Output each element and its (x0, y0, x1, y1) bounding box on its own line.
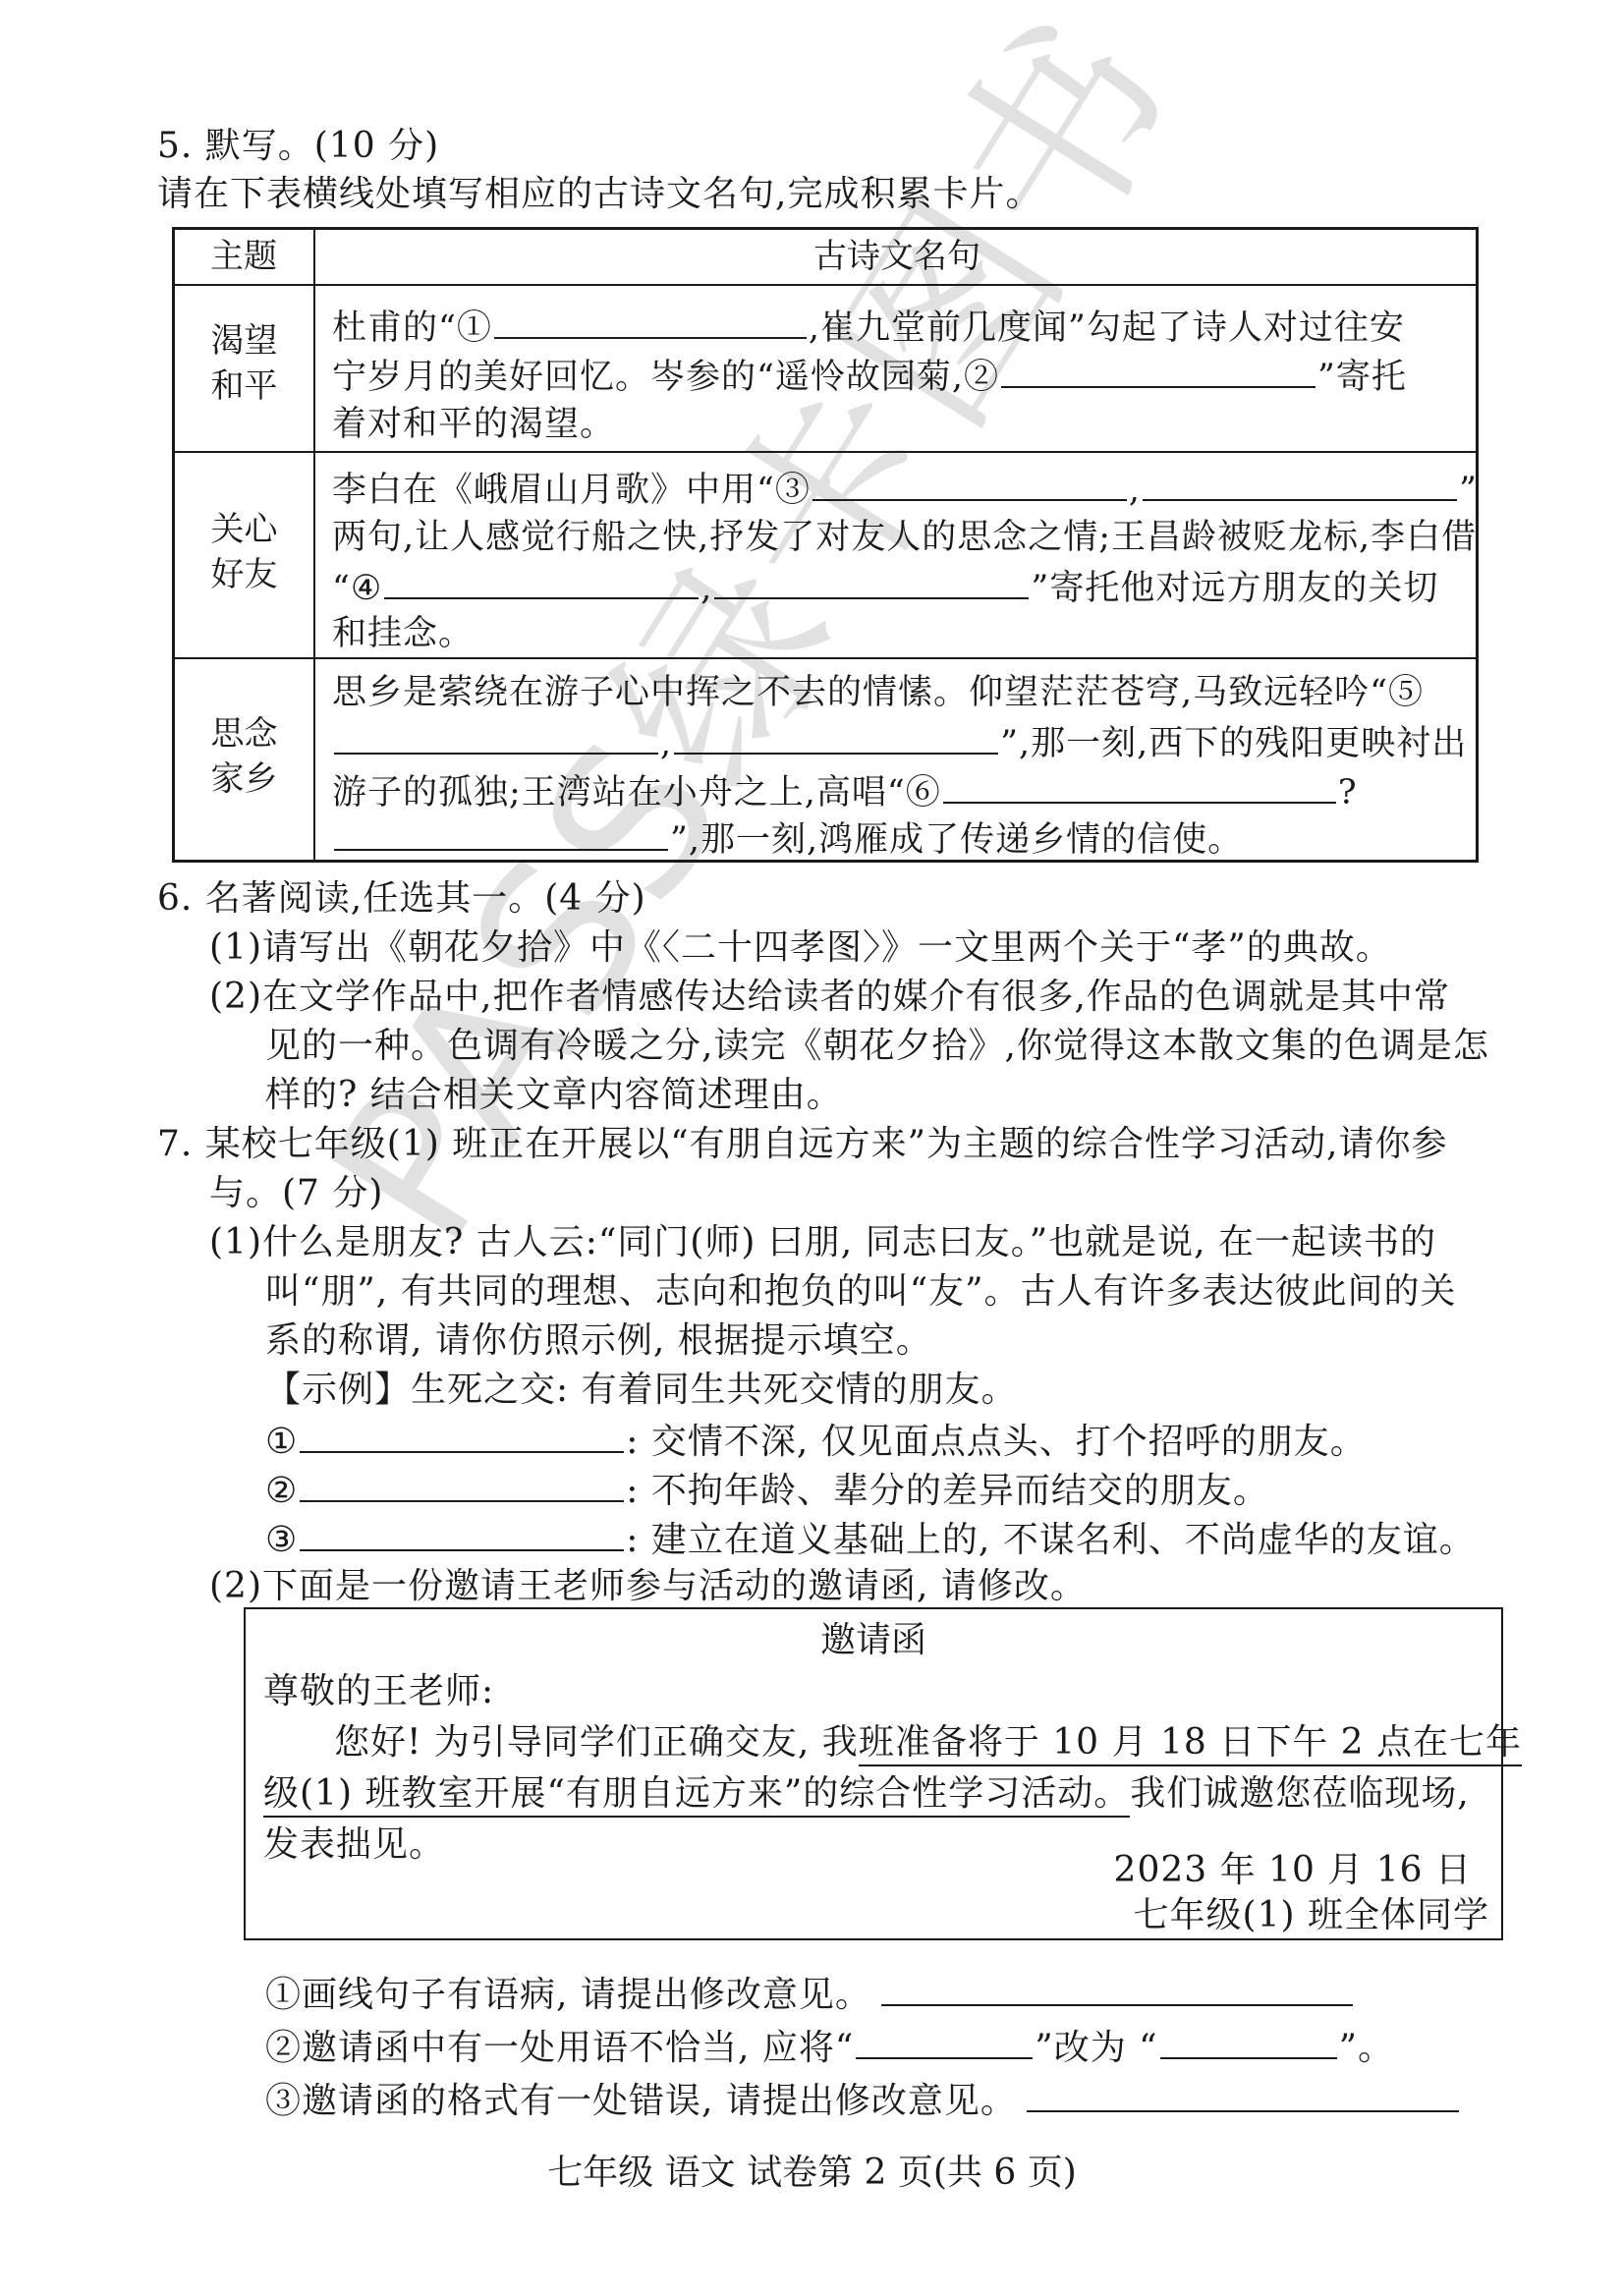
q7-example: 【示例】生死之交: 有着同生共死交情的朋友。 (265, 1369, 1018, 1412)
q6-title: 6. 名著阅读,任选其一。(4 分) (157, 877, 646, 921)
q7-title-cont: 与。(7 分) (209, 1172, 383, 1215)
q7-title: 7. 某校七年级(1) 班正在开展以“有朋自远方来”为主题的综合性学习活动,请你… (157, 1123, 1447, 1166)
answer-blank-6b[interactable] (334, 815, 668, 851)
answer-blank-sub1[interactable] (881, 1971, 1353, 2006)
invitation-letter-box: 邀请函 尊敬的王老师: 您好! 为引导同学们正确交友, 我班准备将于 10 月 … (244, 1607, 1503, 1940)
fill-blank-3[interactable] (300, 1516, 624, 1551)
invitation-signature: 七年级(1) 班全体同学 (1134, 1894, 1489, 1937)
table-cell-line: 两句,让人感觉行船之快,抒发了对友人的思念之情;王昌龄被贬龙标,李白借 (332, 515, 1477, 560)
invitation-heading: 邀请函 (246, 1619, 1501, 1662)
header-theme: 主题 (210, 234, 277, 279)
answer-blank-5a[interactable] (334, 719, 658, 755)
sub-question-2: ②邀请函中有一处用语不恰当, 应将“”改为 “”。 (265, 2024, 1394, 2070)
q6-item-2-cont: 见的一种。色调有冷暖之分,读完《朝花夕拾》,你觉得这本散文集的色调是怎 (265, 1025, 1489, 1068)
page-footer: 七年级 语文 试卷第 2 页(共 6 页) (0, 2145, 1624, 2195)
q6-item-2: (2)在文学作品中,把作者情感传达给读者的媒介有很多,作品的色调就是其中常 (209, 976, 1450, 1019)
invitation-date: 2023 年 10 月 16 日 (1114, 1849, 1472, 1892)
q7-part2: (2)下面是一份邀请王老师参与活动的邀请函, 请修改。 (209, 1565, 1087, 1608)
fill-item-2: ②: 不拘年龄、辈分的差异而结交的朋友。 (265, 1467, 1269, 1513)
answer-blank-sub2a[interactable] (856, 2024, 1033, 2059)
invitation-body-line: 您好! 为引导同学们正确交友, 我班准备将于 10 月 18 日下午 2 点在七… (334, 1721, 1522, 1764)
theme-cell: 思念 家乡 (175, 711, 313, 802)
theme-cell: 渴望 和平 (175, 318, 313, 409)
table-cell-line: 杜甫的“①,崔九堂前几度闻”勾起了诗人对过往安 (332, 304, 1405, 351)
answer-blank-5b[interactable] (674, 719, 998, 755)
sub-question-1: ①画线句子有语病, 请提出修改意见。 (265, 1971, 1355, 2017)
theme-cell: 关心 好友 (175, 507, 313, 597)
table-cell-line: 和挂念。 (332, 611, 474, 656)
table-cell-line: “④,”寄托他对远方朋友的关切 (332, 564, 1438, 611)
fill-blank-2[interactable] (300, 1467, 624, 1502)
answer-blank-3b[interactable] (1143, 466, 1457, 501)
invitation-body-line: 级(1) 班教室开展“有朋自远方来”的综合性学习活动。我们诚邀您莅临现场, (263, 1772, 1470, 1816)
table-cell-line: 着对和平的渴望。 (332, 402, 615, 447)
q7-part1: (1)什么是朋友? 古人云:“同门(师) 曰朋, 同志曰友。”也就是说, 在一起… (209, 1221, 1436, 1264)
table-cell-line: 李白在《峨眉山月歌》中用“③,” (332, 466, 1478, 513)
q7-part1-cont: 系的称谓, 请你仿照示例, 根据提示填空。 (265, 1319, 932, 1363)
invitation-body-line: 发表拙见。 (263, 1823, 445, 1867)
fill-item-1: ①: 交情不深, 仅见面点点头、打个招呼的朋友。 (265, 1418, 1367, 1464)
exam-page: PASS绿卡图书 5. 默写。(10 分) 请在下表横线处填写相应的古诗文名句,… (0, 0, 1624, 2296)
table-row-divider (175, 451, 1476, 453)
answer-blank-2[interactable] (1001, 353, 1316, 388)
answer-blank-3a[interactable] (812, 466, 1127, 501)
answer-blank-1[interactable] (494, 304, 807, 339)
accumulation-card-table: 主题 古诗文名句 渴望 和平 杜甫的“①,崔九堂前几度闻”勾起了诗人对过往安 宁… (172, 227, 1479, 863)
answer-blank-sub2b[interactable] (1160, 2024, 1337, 2059)
underlined-sentence: 级(1) 班教室开展“有朋自远方来”的综合性学习活动。 (263, 1773, 1130, 1818)
table-row-divider (175, 657, 1476, 659)
table-row-divider (175, 284, 1476, 286)
fill-blank-1[interactable] (300, 1418, 624, 1453)
underlined-sentence: 班准备将于 10 月 18 日下午 2 点在七年 (859, 1722, 1522, 1766)
table-column-divider (313, 230, 315, 860)
answer-blank-4b[interactable] (714, 564, 1029, 599)
answer-blank-6a[interactable] (943, 768, 1336, 804)
q6-item-2-cont: 样的? 结合相关文章内容简述理由。 (265, 1074, 843, 1117)
table-cell-line: 游子的孤独;王湾站在小舟之上,高唱“⑥? (332, 768, 1358, 815)
sub-question-3: ③邀请函的格式有一处错误, 请提出修改意见。 (265, 2077, 1461, 2123)
q5-title: 5. 默写。(10 分) (157, 125, 439, 168)
invitation-salutation: 尊敬的王老师: (263, 1670, 494, 1713)
q7-part1-cont: 叫“朋”, 有共同的理想、志向和抱负的叫“友”。古人有许多表达彼此间的关 (265, 1270, 1457, 1314)
answer-blank-4a[interactable] (384, 564, 699, 599)
answer-blank-sub3[interactable] (1027, 2077, 1459, 2112)
table-cell-line: ,”,那一刻,西下的残阳更映衬出 (332, 719, 1467, 766)
header-verses: 古诗文名句 (813, 234, 980, 279)
q5-instruction: 请在下表横线处填写相应的古诗文名句,完成积累卡片。 (157, 173, 1041, 216)
table-cell-line: ”,那一刻,鸿雁成了传递乡情的信使。 (332, 815, 1243, 863)
table-cell-line: 宁岁月的美好回忆。岑参的“遥怜故园菊,②”寄托 (332, 353, 1407, 400)
fill-item-3: ③: 建立在道义基础上的, 不谋名利、不尚虚华的友谊。 (265, 1516, 1476, 1562)
q6-item-1: (1)请写出《朝花夕拾》中《〈二十四孝图〉》一文里两个关于“孝”的典故。 (209, 926, 1392, 970)
table-cell-line: 思乡是萦绕在游子心中挥之不去的情愫。仰望茫茫苍穹,马致远轻吟“⑤ (332, 670, 1424, 715)
